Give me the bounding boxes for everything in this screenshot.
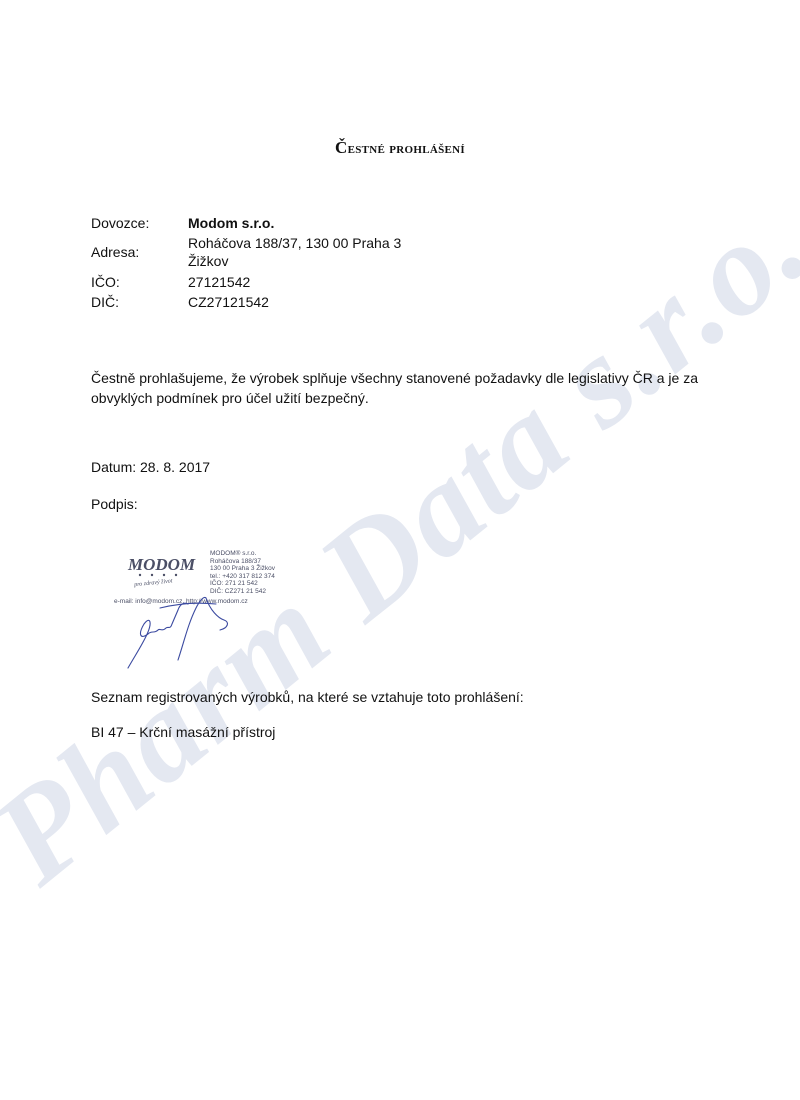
products-heading: Seznam registrovaných výrobků, na které …: [91, 689, 524, 705]
signature-label: Podpis:: [91, 496, 138, 512]
address-line-2: Žižkov: [188, 253, 228, 269]
importer-value: Modom s.r.o.: [188, 214, 274, 232]
address-value: Roháčova 188/37, 130 00 Praha 3 Žižkov: [188, 234, 401, 270]
logo-tagline: pro zdravý život: [133, 578, 173, 588]
address-label: Adresa:: [91, 243, 188, 261]
info-row-importer: Dovozce: Modom s.r.o.: [91, 212, 401, 233]
handwritten-signature-icon: [126, 594, 266, 674]
stamp-address: MODOM® s.r.o. Roháčova 188/37 130 00 Pra…: [210, 550, 275, 596]
stamp-line: 130 00 Praha 3 Žižkov: [210, 565, 275, 573]
title-initial: Č: [335, 138, 348, 157]
modom-logo-icon: MODOM pro zdravý život: [126, 552, 206, 588]
title-rest: estné prohlášení: [348, 141, 465, 157]
importer-label: Dovozce:: [91, 214, 188, 232]
date-line: Datum: 28. 8. 2017: [91, 459, 210, 475]
company-info: Dovozce: Modom s.r.o. Adresa: Roháčova 1…: [91, 212, 401, 312]
company-stamp: MODOM pro zdravý život MODOM® s.r.o. Roh…: [126, 548, 286, 673]
declaration-text: Čestně prohlašujeme, že výrobek splňuje …: [91, 368, 731, 408]
info-row-dic: DIČ: CZ27121542: [91, 292, 401, 312]
stamp-line: IČO: 271 21 542: [210, 580, 275, 588]
info-row-ico: IČO: 27121542: [91, 271, 401, 292]
address-line-1: Roháčova 188/37, 130 00 Praha 3: [188, 235, 401, 251]
logo-text: MODOM: [127, 555, 196, 574]
dic-label: DIČ:: [91, 293, 188, 311]
ico-value: 27121542: [188, 273, 250, 291]
product-item: BI 47 – Krční masážní přístroj: [91, 724, 275, 740]
document-title: Čestné prohlášení: [0, 138, 800, 158]
document-page: Čestné prohlášení Dovozce: Modom s.r.o. …: [0, 0, 800, 1100]
dic-value: CZ27121542: [188, 293, 269, 311]
ico-label: IČO:: [91, 273, 188, 291]
stamp-line: MODOM® s.r.o.: [210, 550, 275, 558]
info-row-address: Adresa: Roháčova 188/37, 130 00 Praha 3 …: [91, 233, 401, 271]
